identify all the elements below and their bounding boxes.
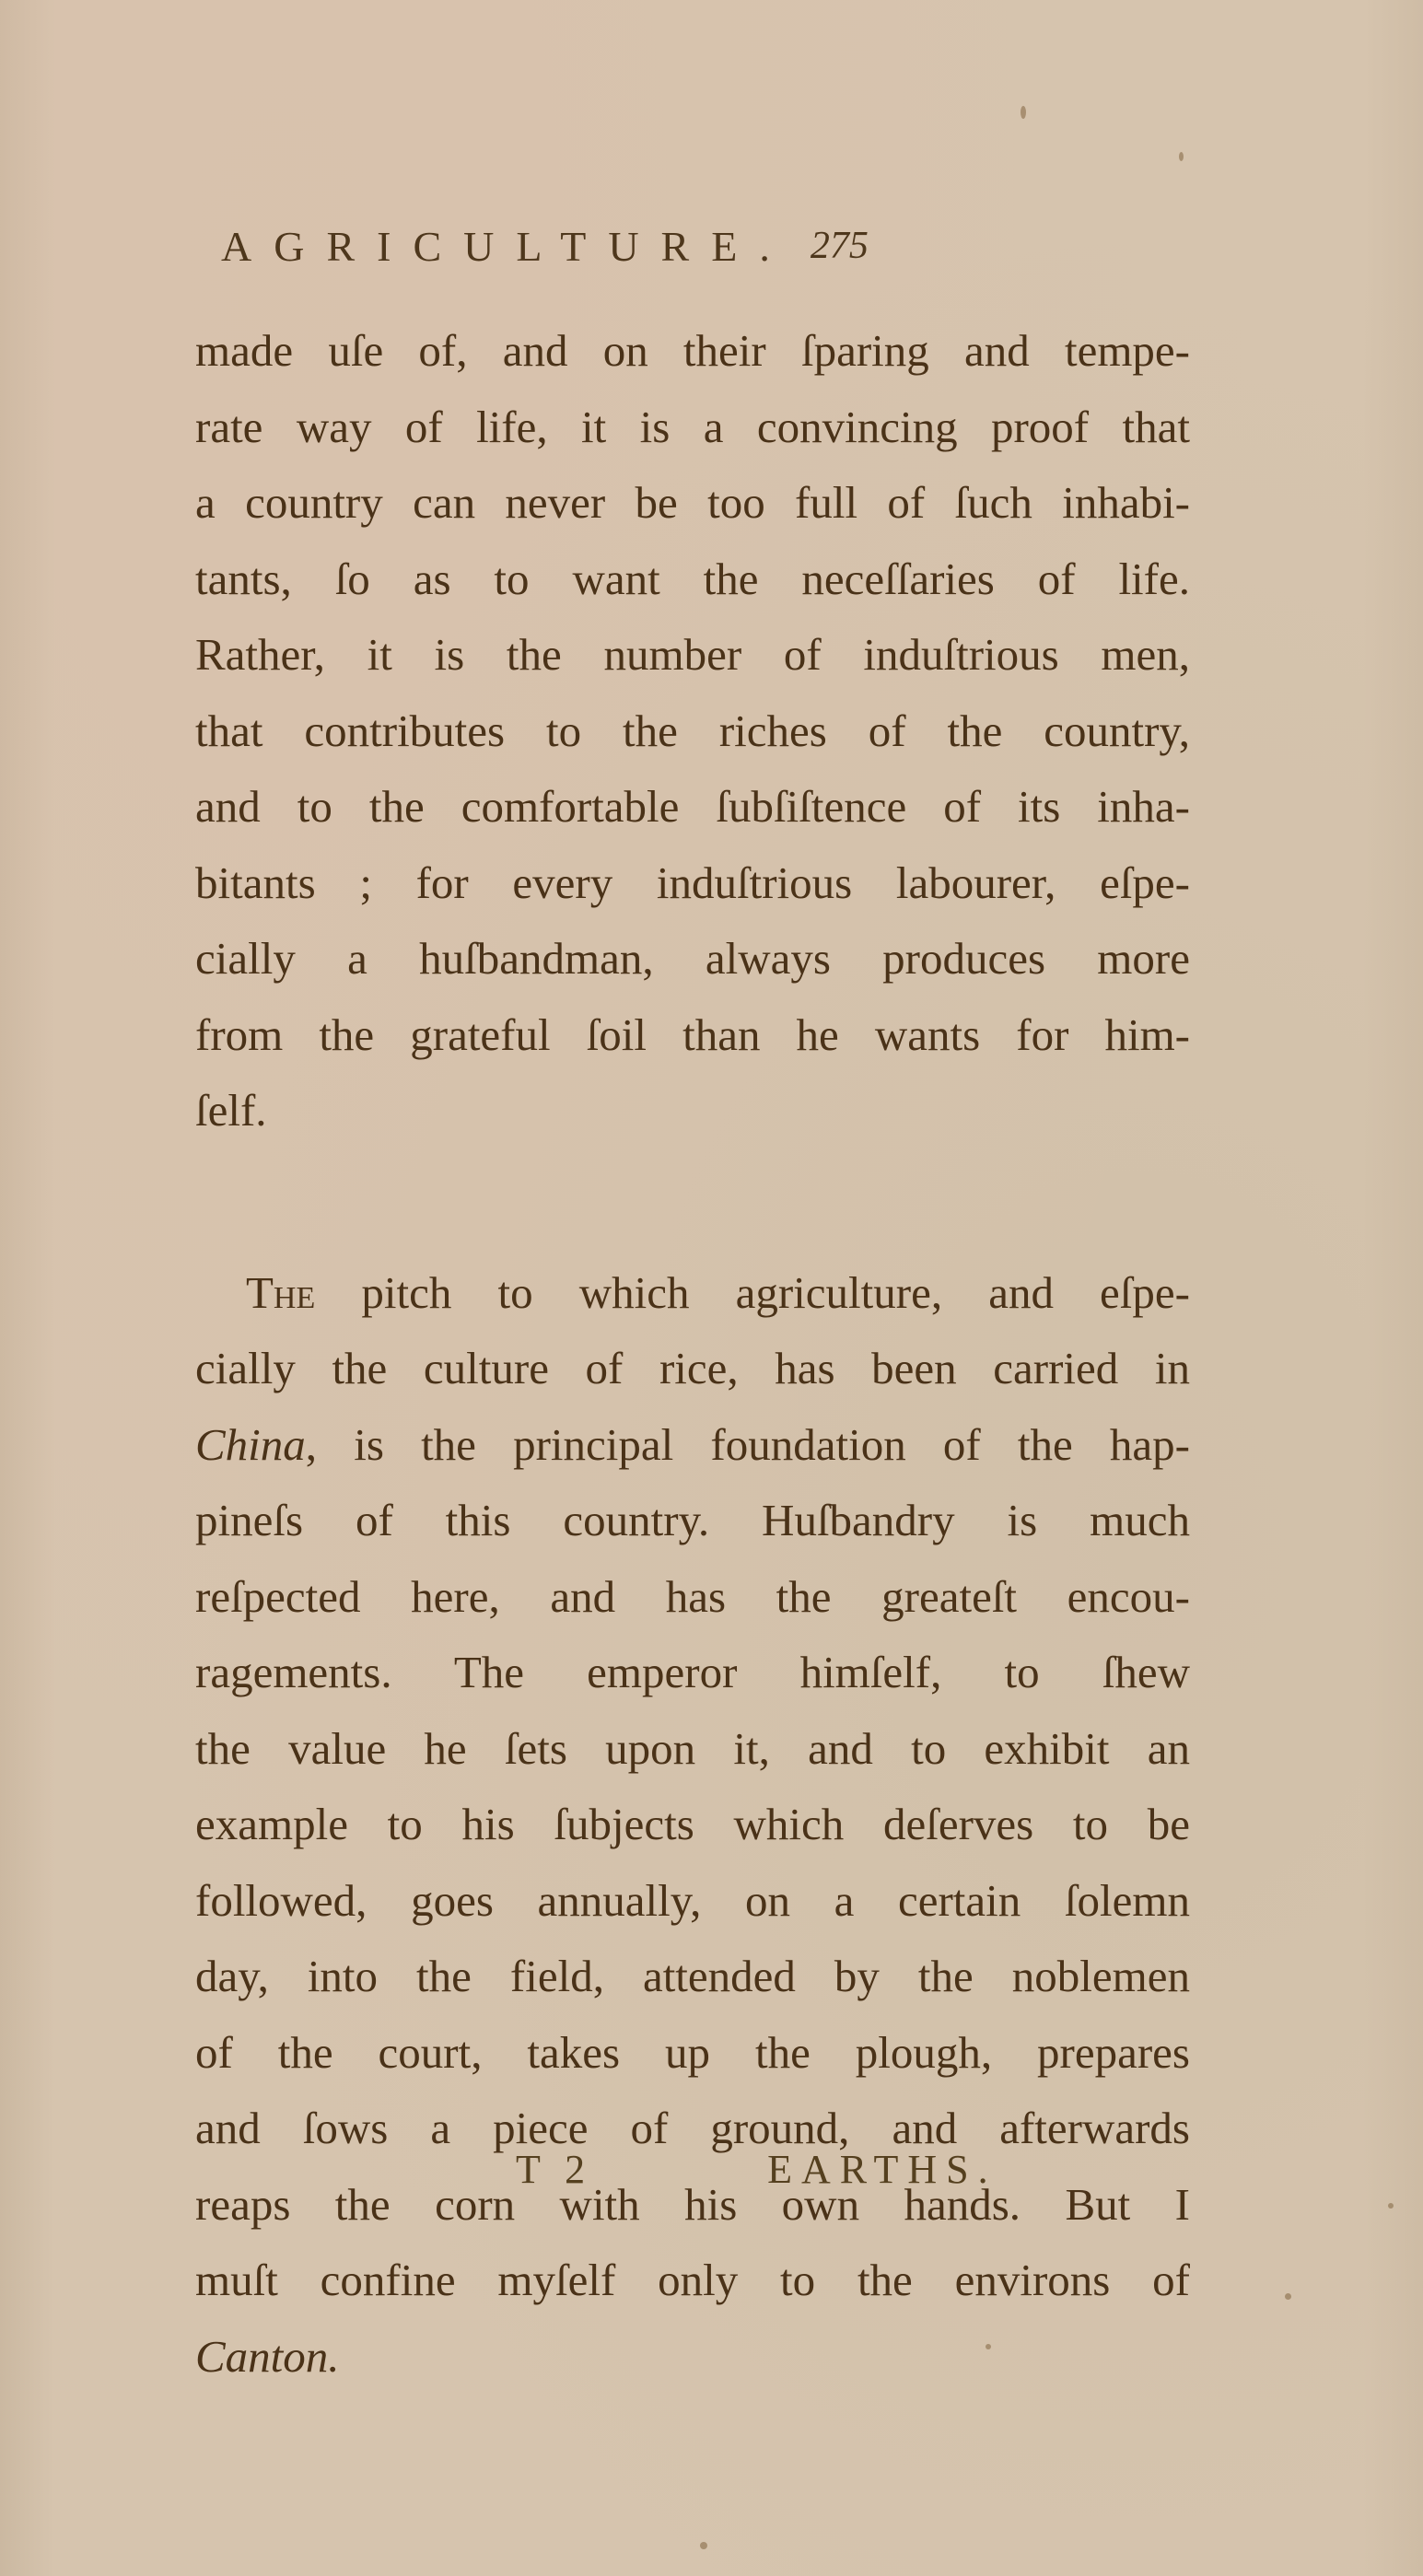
text-line: followed, goes annually, on a certain ſo…: [195, 1863, 1190, 1940]
page-number: 275: [811, 224, 869, 268]
paper-speck: [700, 2542, 707, 2549]
paper-speck: [1179, 152, 1184, 161]
catchword: EARTHS.: [767, 2146, 997, 2193]
text-line: Rather, it is the number of induſtrious …: [195, 617, 1190, 694]
text-line-china: China, is the principal foundation of th…: [195, 1407, 1190, 1484]
text-line: example to his ſubjects which deſerves t…: [195, 1787, 1190, 1863]
text-line: bitants ; for every induſtrious labourer…: [195, 845, 1190, 922]
signature-mark: T 2: [516, 2146, 592, 2193]
first-line-rest: pitch to which agriculture, and eſpe-: [361, 1267, 1190, 1318]
text-line: the value he ſets upon it, and to exhibi…: [195, 1711, 1190, 1788]
text-line: ragements. The emperor himſelf, to ſhew: [195, 1635, 1190, 1711]
text-line: made uſe of, and on their ſparing and te…: [195, 313, 1190, 390]
running-head: AGRICULTURE. 275: [212, 214, 1234, 278]
page-footer: T 2 EARTHS.: [516, 2137, 1161, 2201]
text-line: a country can never be too full of ſuch …: [195, 465, 1190, 542]
text-line: cially a huſbandman, always produces mor…: [195, 921, 1190, 997]
paper-speck: [1388, 2203, 1394, 2209]
line-rest: , is the principal foundation of the hap…: [306, 1419, 1190, 1470]
paper-speck: [986, 2344, 991, 2349]
text-line-first: The pitch to which agriculture, and eſpe…: [195, 1255, 1190, 1332]
paragraph-gap: [195, 1149, 1190, 1255]
italic-word: China: [195, 1419, 306, 1470]
text-line: ſelf.: [195, 1073, 1190, 1149]
book-page: AGRICULTURE. 275 made uſe of, and on the…: [0, 0, 1423, 2576]
running-title: AGRICULTURE.: [221, 222, 792, 271]
text-line: day, into the field, attended by the nob…: [195, 1939, 1190, 2015]
text-line: muſt confine myſelf only to the environs…: [195, 2243, 1190, 2319]
text-line: from the grateful ſoil than he wants for…: [195, 997, 1190, 1074]
text-line: reſpected here, and has the greateſt enc…: [195, 1559, 1190, 1636]
paragraph-2: The pitch to which agriculture, and eſpe…: [195, 1255, 1190, 2395]
text-line: of the court, takes up the plough, prepa…: [195, 2015, 1190, 2092]
text-line: cially the culture of rice, has been car…: [195, 1331, 1190, 1407]
paper-speck: [1021, 106, 1026, 119]
lead-word: The: [246, 1267, 315, 1318]
text-line: rate way of life, it is a convincing pro…: [195, 390, 1190, 466]
text-line: and to the comfortable ſubſiſtence of it…: [195, 769, 1190, 845]
paragraph-1: made uſe of, and on their ſparing and te…: [195, 313, 1190, 1149]
paper-speck: [1285, 2293, 1291, 2300]
text-line: pineſs of this country. Huſbandry is muc…: [195, 1483, 1190, 1559]
text-line-last: Canton.: [195, 2319, 1190, 2395]
text-line: that contributes to the riches of the co…: [195, 694, 1190, 770]
body-text: made uſe of, and on their ſparing and te…: [195, 313, 1190, 2395]
text-line: tants, ſo as to want the neceſſaries of …: [195, 542, 1190, 618]
